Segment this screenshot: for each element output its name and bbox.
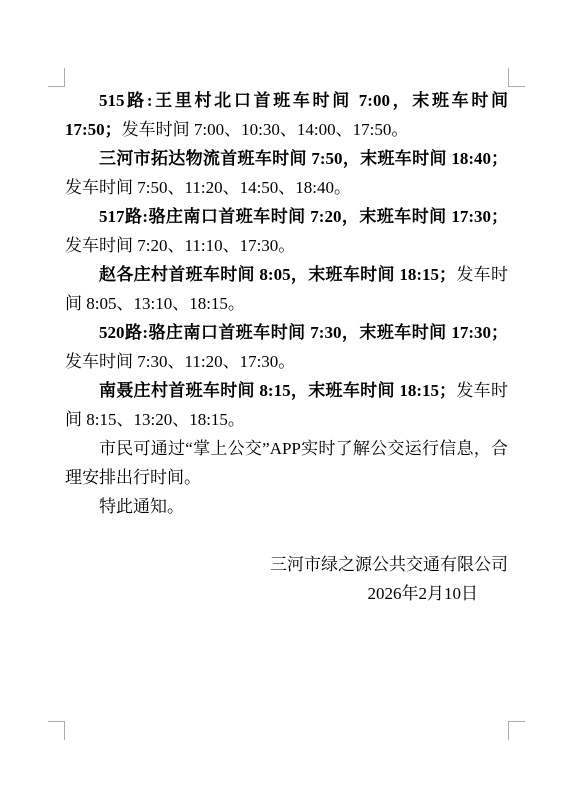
company-signature: 三河市绿之源公共交通有限公司 bbox=[65, 550, 508, 579]
schedule-regular-text: 发车时间 7:30、11:20、17:30。 bbox=[65, 352, 295, 371]
schedule-paragraph: 515路:王里村北口首班车时间 7:00，末班车时间 17:50；发车时间 7:… bbox=[65, 86, 508, 144]
notice-body[interactable]: 515路:王里村北口首班车时间 7:00，末班车时间 17:50；发车时间 7:… bbox=[65, 86, 508, 608]
schedule-paragraph: 三河市拓达物流首班车时间 7:50，末班车时间 18:40；发车时间 7:50、… bbox=[65, 144, 508, 202]
closing-paragraph: 特此通知。 bbox=[65, 492, 508, 521]
text-boundary-mark-bottom-left bbox=[48, 721, 65, 740]
schedule-paragraph: 赵各庄村首班车时间 8:05，末班车时间 18:15；发车时间 8:05、13:… bbox=[65, 260, 508, 318]
schedule-regular-text: 发车时间 7:20、11:10、17:30。 bbox=[65, 236, 295, 255]
schedule-bold-text: 南聂庄村首班车时间 8:15，末班车时间 18:15； bbox=[99, 381, 456, 400]
schedule-regular-text: 发车时间 7:00、10:30、14:00、17:50。 bbox=[122, 120, 409, 139]
schedule-bold-text: 赵各庄村首班车时间 8:05，末班车时间 18:15； bbox=[99, 265, 456, 284]
text-boundary-mark-top-right bbox=[508, 68, 525, 87]
signature-block: 三河市绿之源公共交通有限公司 2026年2月10日 bbox=[65, 550, 508, 608]
app-info-paragraph: 市民可通过“掌上公交”APP实时了解公交运行信息，合理安排出行时间。 bbox=[65, 434, 508, 492]
schedule-bold-text: 520路:骆庄南口首班车时间 7:30，末班车时间 17:30； bbox=[99, 323, 508, 342]
date-signature: 2026年2月10日 bbox=[65, 579, 508, 608]
schedule-paragraph: 517路:骆庄南口首班车时间 7:20，末班车时间 17:30；发车时间 7:2… bbox=[65, 202, 508, 260]
text-boundary-mark-bottom-right bbox=[508, 721, 525, 740]
schedule-regular-text: 发车时间 7:50、11:20、14:50、18:40。 bbox=[65, 178, 351, 197]
schedule-bold-text: 517路:骆庄南口首班车时间 7:20，末班车时间 17:30； bbox=[99, 207, 508, 226]
text-boundary-mark-top-left bbox=[48, 68, 65, 87]
schedule-paragraph: 南聂庄村首班车时间 8:15，末班车时间 18:15；发车时间 8:15、13:… bbox=[65, 376, 508, 434]
schedule-bold-text: 三河市拓达物流首班车时间 7:50，末班车时间 18:40； bbox=[99, 149, 508, 168]
document-page: 515路:王里村北口首班车时间 7:00，末班车时间 17:50；发车时间 7:… bbox=[0, 0, 570, 804]
schedule-paragraph: 520路:骆庄南口首班车时间 7:30，末班车时间 17:30；发车时间 7:3… bbox=[65, 318, 508, 376]
